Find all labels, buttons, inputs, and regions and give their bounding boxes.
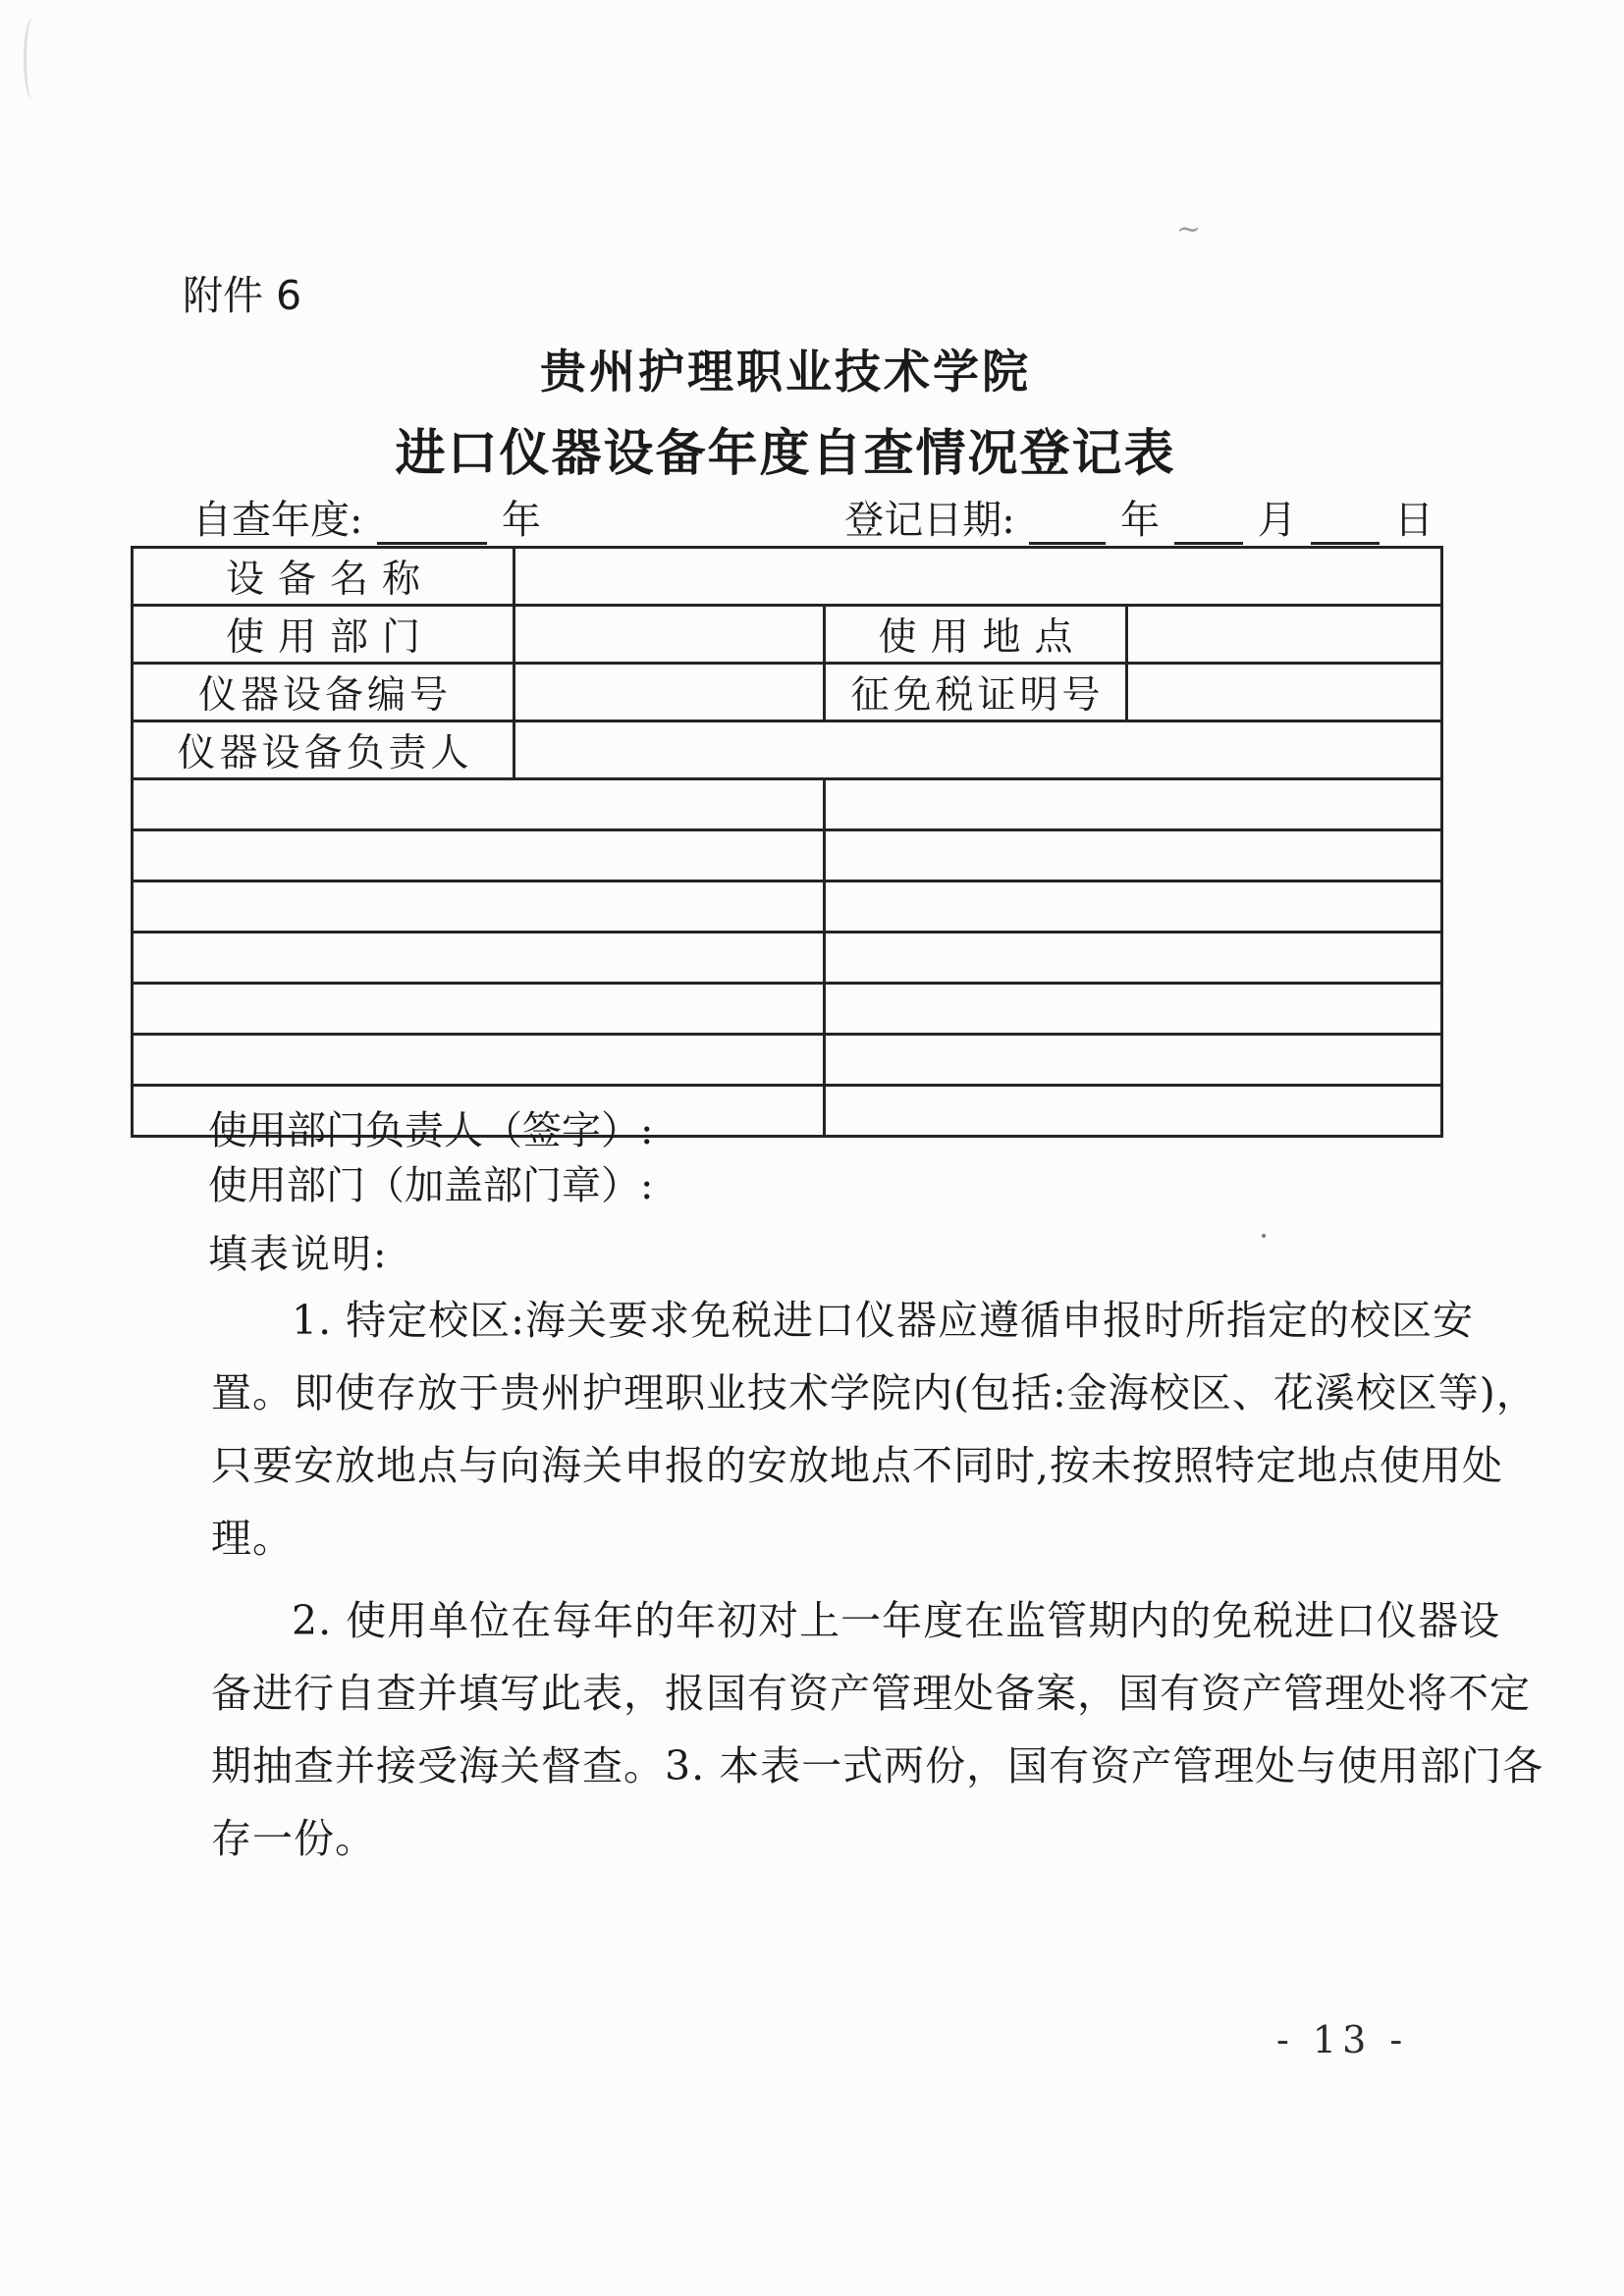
note-paragraph-1: 1. 特定校区:海关要求免税进口仪器应遵循申报时所指定的校区安 置。即使存放于贵… (211, 1284, 1440, 1575)
empty-cell (825, 830, 1442, 881)
page-number: - 13 - (1276, 2018, 1408, 2061)
usage-location-label: 使用地点 (825, 606, 1127, 664)
usage-location-value-cell (1127, 606, 1442, 664)
register-month-blank (1174, 501, 1243, 545)
empty-cell (133, 1035, 825, 1086)
empty-cell (825, 933, 1442, 984)
note-line: 期抽查并接受海关督查。3. 本表一式两份，国有资产管理处与使用部门各 (211, 1730, 1440, 1802)
note-line: 2. 使用单位在每年的年初对上一年度在监管期内的免税进口仪器设 (211, 1584, 1440, 1657)
self-check-year-unit: 年 (502, 498, 541, 543)
register-day-blank (1311, 501, 1380, 545)
table-row: 仪器设备编号 征免税证明号 (133, 664, 1442, 721)
register-year-unit: 年 (1120, 498, 1160, 543)
table-row (133, 830, 1442, 881)
empty-cell (133, 984, 825, 1035)
table-row: 设备名称 (133, 548, 1442, 606)
document-title-line1: 贵州护理职业技术学院 (131, 336, 1440, 401)
empty-cell (133, 830, 825, 881)
table-row (133, 933, 1442, 984)
self-check-year-blank (377, 501, 487, 545)
register-month-unit: 月 (1258, 498, 1297, 543)
tax-exempt-cert-number-value-cell (1127, 664, 1442, 721)
empty-cell (825, 1035, 1442, 1086)
instrument-manager-label: 仪器设备负责人 (133, 721, 514, 779)
department-head-sign-label: 使用部门负责人（签字）: (208, 1103, 653, 1158)
notes-heading: 填表说明: (208, 1223, 388, 1279)
empty-cell (825, 1086, 1442, 1137)
table-row (133, 1035, 1442, 1086)
table-row: 使用部门 使用地点 (133, 606, 1442, 664)
empty-cell (825, 881, 1442, 933)
register-date-group: 登记日期: 年 月 日 (844, 489, 1434, 545)
document-title-line2: 进口仪器设备年度自查情况登记表 (131, 412, 1440, 485)
scan-artifact (24, 18, 42, 100)
instrument-number-value-cell (514, 664, 825, 721)
register-year-blank (1029, 501, 1106, 545)
note-line: 置。即使存放于贵州护理职业技术学院内(包括:金海校区、花溪校区等)， (211, 1357, 1440, 1429)
table-row (133, 779, 1442, 830)
note-line: 理。 (211, 1502, 1440, 1575)
note-line: 备进行自查并填写此表，报国有资产管理处备案，国有资产管理处将不定 (211, 1657, 1440, 1730)
register-day-unit: 日 (1394, 498, 1434, 543)
note-line: 存一份。 (211, 1802, 1440, 1875)
note-line: 只要安放地点与向海关申报的安放地点不同时,按未按照特定地点使用处 (211, 1429, 1440, 1502)
scan-artifact: · (1259, 1217, 1269, 1255)
using-department-value-cell (514, 606, 825, 664)
instrument-manager-value-cell (514, 721, 1442, 779)
using-department-label: 使用部门 (133, 606, 514, 664)
empty-cell (133, 779, 825, 830)
register-date-label: 登记日期: (844, 498, 1014, 543)
tax-exempt-cert-number-label: 征免税证明号 (825, 664, 1127, 721)
self-check-year-label: 自查年度: (192, 498, 362, 543)
form-header-line: 自查年度: 年 登记日期: 年 月 日 (192, 489, 1434, 545)
department-seal-label: 使用部门（加盖部门章）: (208, 1158, 653, 1213)
empty-cell (133, 881, 825, 933)
empty-cell (825, 779, 1442, 830)
device-name-value-cell (514, 548, 1442, 606)
instrument-number-label: 仪器设备编号 (133, 664, 514, 721)
document-page: ~ · 附件 6 贵州护理职业技术学院 进口仪器设备年度自查情况登记表 自查年度… (0, 0, 1624, 2296)
registration-table: 设备名称 使用部门 使用地点 仪器设备编号 征免税证明号 仪器设备负责人 (131, 546, 1443, 1138)
table-row: 仪器设备负责人 (133, 721, 1442, 779)
signature-block: 使用部门负责人（签字）: 使用部门（加盖部门章）: (208, 1103, 653, 1213)
table-row (133, 881, 1442, 933)
self-check-year-group: 自查年度: 年 (192, 489, 541, 545)
table-row (133, 984, 1442, 1035)
empty-cell (825, 984, 1442, 1035)
attachment-label: 附件 6 (183, 263, 301, 321)
scan-artifact: ~ (1176, 212, 1201, 246)
note-line: 1. 特定校区:海关要求免税进口仪器应遵循申报时所指定的校区安 (211, 1284, 1440, 1357)
empty-cell (133, 933, 825, 984)
device-name-label: 设备名称 (133, 548, 514, 606)
note-paragraph-2: 2. 使用单位在每年的年初对上一年度在监管期内的免税进口仪器设 备进行自查并填写… (211, 1584, 1440, 1875)
